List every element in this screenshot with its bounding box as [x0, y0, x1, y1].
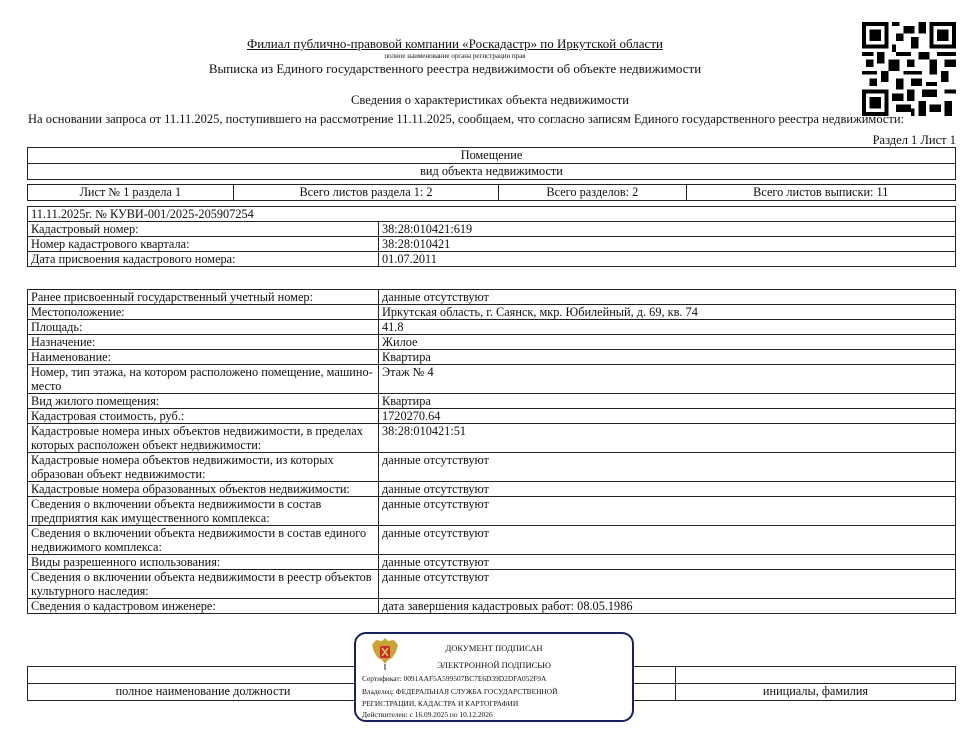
row-label: Местоположение: — [28, 305, 379, 320]
row-label: Сведения о кадастровом инженере: — [28, 599, 379, 614]
table-row: Сведения о включении объекта недвижимост… — [28, 570, 956, 599]
section-title: Сведения о характеристиках объекта недви… — [0, 93, 975, 108]
row-value: данные отсутствуют — [379, 453, 956, 482]
object-type-table: Помещение вид объекта недвижимости — [27, 147, 956, 180]
stamp-line-1: ДОКУМЕНТ ПОДПИСАН — [356, 643, 632, 653]
sheets-table: Лист № 1 раздела 1 Всего листов раздела … — [27, 184, 956, 201]
row-value: данные отсутствуют — [379, 555, 956, 570]
stamp-validity: Действителен: с 16.09.2025 по 10.12.2026 — [362, 710, 493, 719]
table-row: Кадастровые номера объектов недвижимости… — [28, 453, 956, 482]
row-value: Квартира — [379, 394, 956, 409]
table-row: Местоположение:Иркутская область, г. Сая… — [28, 305, 956, 320]
extract-sheets-total: Всего листов выписки: 11 — [686, 185, 955, 201]
row-value: 01.07.2011 — [379, 252, 956, 267]
row-label: Дата присвоения кадастрового номера: — [28, 252, 379, 267]
row-value: 38:28:010421:619 — [379, 222, 956, 237]
identification-table: 11.11.2025г. № КУВИ-001/2025-205907254 К… — [27, 206, 956, 267]
row-label: Номер кадастрового квартала: — [28, 237, 379, 252]
electronic-signature-stamp: ДОКУМЕНТ ПОДПИСАН ЭЛЕКТРОННОЙ ПОДПИСЬЮ С… — [354, 632, 634, 722]
stamp-owner-cont: РЕГИСТРАЦИИ, КАДАСТРА И КАРТОГРАФИИ — [362, 699, 518, 708]
row-value: данные отсутствуют — [379, 497, 956, 526]
table-row: Наименование:Квартира — [28, 350, 956, 365]
table-row: Номер кадастрового квартала:38:28:010421 — [28, 237, 956, 252]
row-value: 38:28:010421 — [379, 237, 956, 252]
object-type-caption: вид объекта недвижимости — [28, 164, 956, 180]
row-value: 38:28:010421:51 — [379, 424, 956, 453]
row-label: Сведения о включении объекта недвижимост… — [28, 570, 379, 599]
table-row: Вид жилого помещения:Квартира — [28, 394, 956, 409]
table-row: Ранее присвоенный государственный учетны… — [28, 290, 956, 305]
stamp-certificate: Сертификат: 0091AAF5A599507BC7E6D39D2DFA… — [362, 674, 546, 683]
table-row: Сведения о кадастровом инженере:дата зав… — [28, 599, 956, 614]
qr-code-icon — [862, 22, 956, 116]
row-value: дата завершения кадастровых работ: 08.05… — [379, 599, 956, 614]
row-value: Иркутская область, г. Саянск, мкр. Юбиле… — [379, 305, 956, 320]
characteristics-table: Ранее присвоенный государственный учетны… — [27, 289, 956, 614]
row-label: Вид жилого помещения: — [28, 394, 379, 409]
table-row: Площадь:41.8 — [28, 320, 956, 335]
request-number: 11.11.2025г. № КУВИ-001/2025-205907254 — [28, 207, 956, 222]
row-label: Сведения о включении объекта недвижимост… — [28, 497, 379, 526]
row-value: Жилое — [379, 335, 956, 350]
row-label: Площадь: — [28, 320, 379, 335]
row-value: Этаж № 4 — [379, 365, 956, 394]
section-sheets-total: Всего листов раздела 1: 2 — [233, 185, 498, 201]
position-caption: полное наименование должности — [28, 684, 379, 701]
name-caption: инициалы, фамилия — [676, 684, 956, 701]
row-value: данные отсутствуют — [379, 290, 956, 305]
table-row: Сведения о включении объекта недвижимост… — [28, 526, 956, 555]
table-row: Кадастровый номер:38:28:010421:619 — [28, 222, 956, 237]
table-row: Кадастровая стоимость, руб.:1720270.64 — [28, 409, 956, 424]
row-value: Квартира — [379, 350, 956, 365]
row-label: Кадастровая стоимость, руб.: — [28, 409, 379, 424]
row-value: 41.8 — [379, 320, 956, 335]
row-label: Кадастровые номера объектов недвижимости… — [28, 453, 379, 482]
table-row: Назначение:Жилое — [28, 335, 956, 350]
row-label: Кадастровый номер: — [28, 222, 379, 237]
table-row: Номер, тип этажа, на котором расположено… — [28, 365, 956, 394]
row-label: Наименование: — [28, 350, 379, 365]
row-value: данные отсутствуют — [379, 482, 956, 497]
row-label: Номер, тип этажа, на котором расположено… — [28, 365, 379, 394]
request-text: На основании запроса от 11.11.2025, пост… — [28, 112, 904, 127]
row-label: Кадастровые номера образованных объектов… — [28, 482, 379, 497]
organization-name: Филиал публично-правовой компании «Роска… — [0, 36, 910, 52]
table-row: Кадастровые номера образованных объектов… — [28, 482, 956, 497]
row-label: Виды разрешенного использования: — [28, 555, 379, 570]
row-value: 1720270.64 — [379, 409, 956, 424]
row-value: данные отсутствуют — [379, 526, 956, 555]
object-type-value: Помещение — [28, 148, 956, 164]
sheet-number: Лист № 1 раздела 1 — [28, 185, 234, 201]
stamp-line-2: ЭЛЕКТРОННОЙ ПОДПИСЬЮ — [356, 660, 632, 670]
row-label: Сведения о включении объекта недвижимост… — [28, 526, 379, 555]
row-label: Ранее присвоенный государственный учетны… — [28, 290, 379, 305]
section-sheet-label: Раздел 1 Лист 1 — [873, 133, 956, 148]
row-value: данные отсутствуют — [379, 570, 956, 599]
table-row: Сведения о включении объекта недвижимост… — [28, 497, 956, 526]
row-label: Кадастровые номера иных объектов недвижи… — [28, 424, 379, 453]
document-title: Выписка из Единого государственного реес… — [0, 61, 910, 77]
organization-caption: полное наименование органа регистрации п… — [0, 52, 910, 60]
row-label: Назначение: — [28, 335, 379, 350]
table-row: Кадастровые номера иных объектов недвижи… — [28, 424, 956, 453]
stamp-owner: Владелец: ФЕДЕРАЛЬНАЯ СЛУЖБА ГОСУДАРСТВЕ… — [362, 687, 557, 696]
table-row: Виды разрешенного использования:данные о… — [28, 555, 956, 570]
sections-total: Всего разделов: 2 — [499, 185, 686, 201]
table-row: Дата присвоения кадастрового номера:01.0… — [28, 252, 956, 267]
